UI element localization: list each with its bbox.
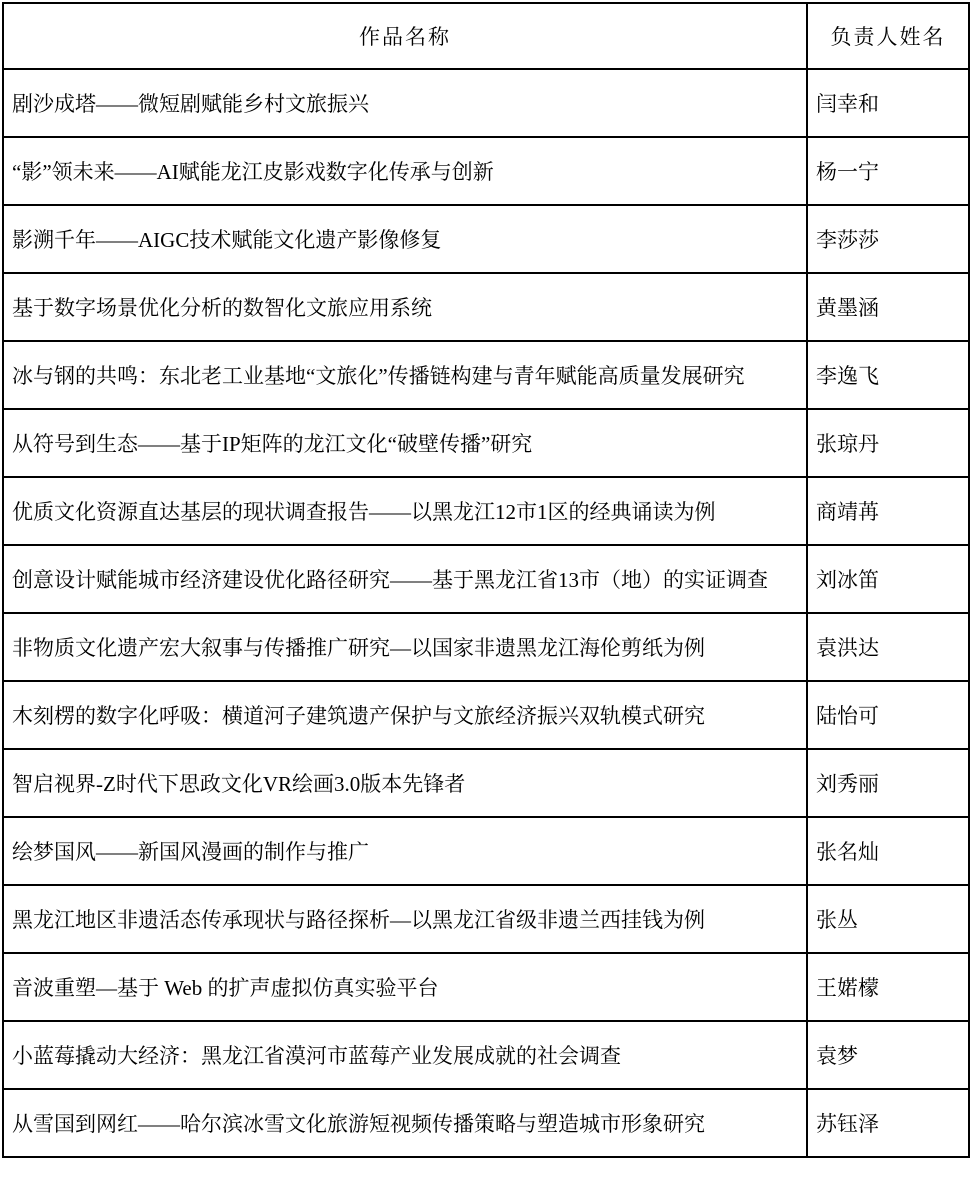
table-row: 小蓝莓撬动大经济：黑龙江省漠河市蓝莓产业发展成就的社会调查袁梦 <box>3 1021 969 1089</box>
owner-name-cell: 杨一宁 <box>807 137 969 205</box>
work-title-cell: 木刻楞的数字化呼吸：横道河子建筑遗产保护与文旅经济振兴双轨模式研究 <box>3 681 807 749</box>
table-row: 优质文化资源直达基层的现状调查报告——以黑龙江12市1区的经典诵读为例商靖苒 <box>3 477 969 545</box>
work-title-cell: 智启视界-Z时代下思政文化VR绘画3.0版本先锋者 <box>3 749 807 817</box>
table-row: 创意设计赋能城市经济建设优化路径研究——基于黑龙江省13市（地）的实证调查刘冰笛 <box>3 545 969 613</box>
work-title-cell: 从符号到生态——基于IP矩阵的龙江文化“破壁传播”研究 <box>3 409 807 477</box>
header-work-title: 作品名称 <box>3 3 807 69</box>
table-row: 从雪国到网红——哈尔滨冰雪文化旅游短视频传播策略与塑造城市形象研究苏钰泽 <box>3 1089 969 1157</box>
table-row: 影溯千年——AIGC技术赋能文化遗产影像修复李莎莎 <box>3 205 969 273</box>
owner-name-cell: 李逸飞 <box>807 341 969 409</box>
owner-name-cell: 袁梦 <box>807 1021 969 1089</box>
owner-name-cell: 张琼丹 <box>807 409 969 477</box>
owner-name-cell: 黄墨涵 <box>807 273 969 341</box>
work-title-cell: 音波重塑—基于 Web 的扩声虚拟仿真实验平台 <box>3 953 807 1021</box>
owner-name-cell: 苏钰泽 <box>807 1089 969 1157</box>
owner-name-cell: 张名灿 <box>807 817 969 885</box>
work-title-cell: 从雪国到网红——哈尔滨冰雪文化旅游短视频传播策略与塑造城市形象研究 <box>3 1089 807 1157</box>
work-title-cell: 剧沙成塔——微短剧赋能乡村文旅振兴 <box>3 69 807 137</box>
table-row: 基于数字场景优化分析的数智化文旅应用系统黄墨涵 <box>3 273 969 341</box>
work-title-cell: 基于数字场景优化分析的数智化文旅应用系统 <box>3 273 807 341</box>
work-title-cell: 小蓝莓撬动大经济：黑龙江省漠河市蓝莓产业发展成就的社会调查 <box>3 1021 807 1089</box>
work-title-cell: 优质文化资源直达基层的现状调查报告——以黑龙江12市1区的经典诵读为例 <box>3 477 807 545</box>
table-row: “影”领未来——AI赋能龙江皮影戏数字化传承与创新杨一宁 <box>3 137 969 205</box>
work-title-cell: 冰与钢的共鸣：东北老工业基地“文旅化”传播链构建与青年赋能高质量发展研究 <box>3 341 807 409</box>
table-row: 非物质文化遗产宏大叙事与传播推广研究—以国家非遗黑龙江海伦剪纸为例袁洪达 <box>3 613 969 681</box>
owner-name-cell: 闫幸和 <box>807 69 969 137</box>
table-row: 音波重塑—基于 Web 的扩声虚拟仿真实验平台王婼檬 <box>3 953 969 1021</box>
work-title-cell: 绘梦国风——新国风漫画的制作与推广 <box>3 817 807 885</box>
table-row: 绘梦国风——新国风漫画的制作与推广张名灿 <box>3 817 969 885</box>
owner-name-cell: 李莎莎 <box>807 205 969 273</box>
owner-name-cell: 袁洪达 <box>807 613 969 681</box>
work-title-cell: 非物质文化遗产宏大叙事与传播推广研究—以国家非遗黑龙江海伦剪纸为例 <box>3 613 807 681</box>
table-row: 智启视界-Z时代下思政文化VR绘画3.0版本先锋者刘秀丽 <box>3 749 969 817</box>
table-row: 从符号到生态——基于IP矩阵的龙江文化“破壁传播”研究张琼丹 <box>3 409 969 477</box>
table-row: 木刻楞的数字化呼吸：横道河子建筑遗产保护与文旅经济振兴双轨模式研究陆怡可 <box>3 681 969 749</box>
table-body: 剧沙成塔——微短剧赋能乡村文旅振兴闫幸和“影”领未来——AI赋能龙江皮影戏数字化… <box>3 69 969 1157</box>
header-row: 作品名称 负责人姓名 <box>3 3 969 69</box>
work-title-cell: “影”领未来——AI赋能龙江皮影戏数字化传承与创新 <box>3 137 807 205</box>
work-title-cell: 影溯千年——AIGC技术赋能文化遗产影像修复 <box>3 205 807 273</box>
table-row: 剧沙成塔——微短剧赋能乡村文旅振兴闫幸和 <box>3 69 969 137</box>
works-table: 作品名称 负责人姓名 剧沙成塔——微短剧赋能乡村文旅振兴闫幸和“影”领未来——A… <box>2 2 970 1158</box>
owner-name-cell: 商靖苒 <box>807 477 969 545</box>
work-title-cell: 黑龙江地区非遗活态传承现状与路径探析—以黑龙江省级非遗兰西挂钱为例 <box>3 885 807 953</box>
table-row: 冰与钢的共鸣：东北老工业基地“文旅化”传播链构建与青年赋能高质量发展研究李逸飞 <box>3 341 969 409</box>
owner-name-cell: 刘秀丽 <box>807 749 969 817</box>
header-owner-name: 负责人姓名 <box>807 3 969 69</box>
owner-name-cell: 陆怡可 <box>807 681 969 749</box>
owner-name-cell: 张丛 <box>807 885 969 953</box>
work-title-cell: 创意设计赋能城市经济建设优化路径研究——基于黑龙江省13市（地）的实证调查 <box>3 545 807 613</box>
owner-name-cell: 刘冰笛 <box>807 545 969 613</box>
document-page: 作品名称 负责人姓名 剧沙成塔——微短剧赋能乡村文旅振兴闫幸和“影”领未来——A… <box>0 0 970 1192</box>
table-row: 黑龙江地区非遗活态传承现状与路径探析—以黑龙江省级非遗兰西挂钱为例张丛 <box>3 885 969 953</box>
owner-name-cell: 王婼檬 <box>807 953 969 1021</box>
table-header-row: 作品名称 负责人姓名 <box>3 3 969 69</box>
